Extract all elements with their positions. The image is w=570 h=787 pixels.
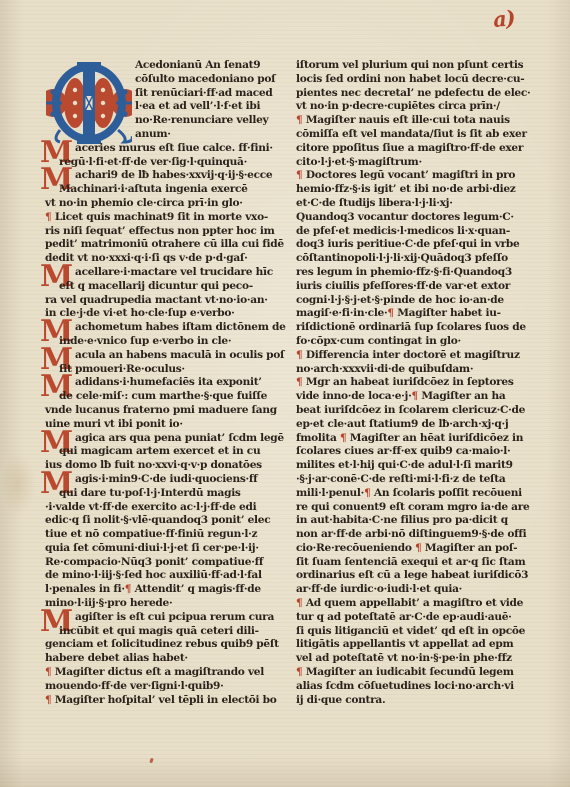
- text-line: Acedonianū An ſenat9: [45, 59, 295, 73]
- text-line: qui dare tu·poſ·l·j·Interdū magis: [45, 487, 295, 501]
- text-line: cōſtantinopoli·l·j·li·xij·Quādoq3 pfeſſo: [296, 252, 554, 266]
- text-line: cito·l·j·et·§·magiſtrum·: [296, 156, 554, 170]
- text-line: ſi quis litiganciū et videt’ qd eſt in o…: [296, 625, 554, 639]
- text-line: et·C·de ſtudijs libera·l·j·li·xj·: [296, 197, 554, 211]
- ink-speck: [149, 758, 154, 764]
- text-line: riſdictionē ordinariā ſup ſcolares ſuos …: [296, 321, 554, 335]
- text-line: ¶ Ad quem appellabit’ a magiſtro et vide: [296, 597, 554, 611]
- pilcrow-icon: ¶: [296, 114, 302, 126]
- text-line: regū·l·fi·et·ff·de ver·ſig·l·quinquā·: [45, 156, 295, 170]
- text-line: ¶ Magiſter dictus eſt a magiſtrando vel: [45, 666, 295, 680]
- text-line: beat iuriſdcōez in ſcolarem clericuz·C·d…: [296, 404, 554, 418]
- text-line: ¶ Mgr an habeat iuriſdcōez in ſeptores: [296, 376, 554, 390]
- text-line: mili·l·penul·¶ An ſcolaris poſſit recōue…: [296, 487, 554, 501]
- text-line: Macellare·i·mactare vel trucidare hīc: [45, 266, 295, 280]
- text-line: res legum in phemio·ffz·§·fi·Quandoq3: [296, 266, 554, 280]
- text-line: ·i·valde vt·ff·de exercito ac·l·j·ff·de …: [45, 501, 295, 515]
- pilcrow-icon: ¶: [45, 211, 51, 223]
- text-line: ar·ff·de iurdic·o·iudi·l·et quia·: [296, 583, 554, 597]
- text-line: fmolita ¶ Magiſter an hēat iuriſdicōez i…: [296, 432, 554, 446]
- text-line: in aut·habita·C·ne filius pro pa·dicit q: [296, 514, 554, 528]
- text-line: Magis·i·min9·C·de iudi·quociens·ff: [45, 473, 295, 487]
- text-line: Machari9 de lƀ habes·xxvij·q·ij·§·ecce: [45, 169, 295, 183]
- text-line: no·Re·renunciare velley: [45, 114, 295, 128]
- text-line: ſit pmoueri·Re·oculus·: [45, 363, 295, 377]
- text-line: cio·Re·recōueniendo ¶ Magiſter an poſ-: [296, 542, 554, 556]
- text-line: cōmiſſa eſt vel mandata/ſiut is ſit ab e…: [296, 128, 554, 142]
- text-line: Machometum habes iſtam dictōnem de: [45, 321, 295, 335]
- text-line: ra vel quadrupedia mactant vt·no·io·an·: [45, 294, 295, 308]
- text-line: hemio·ffz·§·is igit’ et ibi no·de arbi·d…: [296, 183, 554, 197]
- text-line: mouendo·ff·de ver·ſigni·l·quib9·: [45, 680, 295, 694]
- text-line: vt no·in p·decre·cupiētes circa prīn·/: [296, 100, 554, 114]
- pilcrow-icon: ¶: [411, 390, 417, 402]
- text-line: litigātis appellantis vt appellat ad epm: [296, 638, 554, 652]
- text-line: uine muri vt ibi ponit io·: [45, 418, 295, 432]
- text-line: cogni·l·j·§·j·et·§·pinde de hoc io·an·de: [296, 294, 554, 308]
- right-column: iſtorum vel plurium qui non pſunt certis…: [296, 59, 554, 707]
- text-line: ¶ Licet quis machinat9 ſit in morte vxo-: [45, 211, 295, 225]
- text-line: Machinari·i·aſtuta ingenia exercē: [45, 183, 295, 197]
- text-line: ius domo lƀ fuit no·xxvi·q·v·p donatōes: [45, 459, 295, 473]
- text-line: Magiſter is eſt cui pcipua rerum cura: [45, 611, 295, 625]
- text-line: ¶ Magiſter an iudicabit ſecundū legem: [296, 666, 554, 680]
- text-line: Magica ars qua pena puniat’ ſcdm legē: [45, 432, 295, 446]
- text-line: Quandoq3 vocantur doctores legum·C·: [296, 211, 554, 225]
- text-line: tur q ad poteſtatē ar·C·de ep·audi·auē·: [296, 611, 554, 625]
- text-line: re qui conuent9 eſt coram mgro ia·de are: [296, 501, 554, 515]
- text-line: mino·l·iij·§·pro herede·: [45, 597, 295, 611]
- text-line: l·penales in fi·¶ Attendit’ q magis·ff·d…: [45, 583, 295, 597]
- text-line: cōſulto macedoniano poſ: [45, 73, 295, 87]
- text-line: genciam et ſolicitudinez rebus quib9 pēſ…: [45, 638, 295, 652]
- text-line: milites et·l·hij qui·C·de adul·l·ſi mari…: [296, 459, 554, 473]
- text-line: ·§·j·ar·conē·C·de reſti·mi·l·fi·z de teſ…: [296, 473, 554, 487]
- text-line: ris niſi ſequat’ effectus non ppter hoc …: [45, 225, 295, 239]
- text-line: citore ppoſitus ſiue a magiſtro·ff·de ex…: [296, 142, 554, 156]
- text-line: ſit ſuam ſentenciā exequi et ar·q ſic ſt…: [296, 556, 554, 570]
- paper-stain: [0, 452, 36, 516]
- text-line: vel ad poteſtatē vt no·in·§·pe·in phe·ff…: [296, 652, 554, 666]
- text-line: locis ſed ordini non habet locū decre·cu…: [296, 73, 554, 87]
- pilcrow-icon: ¶: [340, 432, 346, 444]
- pilcrow-icon: ¶: [45, 694, 51, 706]
- pilcrow-icon: ¶: [296, 376, 302, 388]
- pilcrow-icon: ¶: [296, 597, 302, 609]
- text-line: iſtorum vel plurium qui non pſunt certis: [296, 59, 554, 73]
- text-line: ſit renūciari·ff·ad maced: [45, 87, 295, 101]
- pilcrow-icon: ¶: [296, 666, 302, 678]
- text-line: de mino·l·iij·§·ſed hoc auxiliū·ff·ad·l·…: [45, 569, 295, 583]
- text-line: ſcolares ciues ar·ff·ex quib9 ca·maio·l·: [296, 445, 554, 459]
- text-line: habere debet alias habet·: [45, 652, 295, 666]
- folio-mark: a): [492, 5, 516, 32]
- text-line: ordinarius eſt cū a lege habeat iuriſdic…: [296, 569, 554, 583]
- text-line: no·arch·xxxvii·di·de quibuſdam·: [296, 363, 554, 377]
- text-line: dedit vt no·xxxi·q·i·ſi qs v·de p·d·gaſ·: [45, 252, 295, 266]
- text-line: l·ea et ad vell’·l·f·et ibi: [45, 100, 295, 114]
- text-line: tiue et nō compatiue·ff·finiū regun·l·z: [45, 528, 295, 542]
- text-line: ¶ Magiſter nauis eſt ille·cui tota nauis: [296, 114, 554, 128]
- text-line: alias ſcdm cōſuetudines loci·no·arch·vi: [296, 680, 554, 694]
- pilcrow-icon: ¶: [45, 666, 51, 678]
- text-line: vnde lucanus fraterno pmi maduere ſang: [45, 404, 295, 418]
- text-line: ¶ Differencia inter doctorē et magiſtruz: [296, 349, 554, 363]
- text-line: vt no·in phemio cle·circa prī·in glo·: [45, 197, 295, 211]
- text-line: in cle·j·de vi·et ho·cle·ſup e·verbo·: [45, 307, 295, 321]
- text-line: de pfeſ·et medicis·l·medicos li·x·quan-: [296, 225, 554, 239]
- text-line: iuris ciuilis pfeſſores·ff·de var·et ext…: [296, 280, 554, 294]
- text-line: doq3 iuris peritiue·C·de pfeſ·qui in vrb…: [296, 238, 554, 252]
- text-line: anum·: [45, 128, 295, 142]
- pilcrow-icon: ¶: [415, 542, 421, 554]
- text-line: ¶ Magiſter hoſpital’ vel tēpli in electō…: [45, 694, 295, 708]
- text-line: ¶ Doctores legū vocant’ magiſtri in pro: [296, 169, 554, 183]
- pilcrow-icon: ¶: [364, 487, 370, 499]
- pilcrow-icon: ¶: [125, 583, 131, 595]
- pilcrow-icon: ¶: [296, 349, 302, 361]
- pilcrow-icon: ¶: [296, 169, 302, 181]
- text-line: ep·et cle·aut ſtatium9 de lƀ·arch·xj·q·j: [296, 418, 554, 432]
- text-line: Re·compacio·Nūq3 ponit’ compatiue·ff: [45, 556, 295, 570]
- text-line: eſt q macellarij dicuntur qui peco-: [45, 280, 295, 294]
- text-line: pedit’ matrimoniū otrahere cū illa cui f…: [45, 238, 295, 252]
- text-line: Maceries murus eſt ſiue calce. ff·fini·: [45, 142, 295, 156]
- text-line: pientes nec decretal’ ne pdefectu de ele…: [296, 87, 554, 101]
- text-line: magiſ·e·fi·in·cle·¶ Magiſter habet iu-: [296, 307, 554, 321]
- text-line: Madidans·i·humefaciēs ita exponit’: [45, 376, 295, 390]
- text-line: incūbit et qui magis quā ceteri dili-: [45, 625, 295, 639]
- text-line: edic·q ſi nolit·§·vlē·quandoq3 ponit’ el…: [45, 514, 295, 528]
- text-line: quia ſet cōmuni·diui·l·j·et ſi cer·pe·l·…: [45, 542, 295, 556]
- text-line: vide inno·de loca·e·j·¶ Magiſter an ha: [296, 390, 554, 404]
- text-line: ij di·que contra.: [296, 694, 554, 708]
- text-line: inde·e·vnico ſup e·verbo in cle·: [45, 335, 295, 349]
- text-line: fo·cōpx·cum contingat in glo·: [296, 335, 554, 349]
- text-line: de cele·miſ·: cum marthe·§·que fuiſſe: [45, 390, 295, 404]
- text-line: non ar·ff·de arbi·nō diſtinguem9·§·de of…: [296, 528, 554, 542]
- book-page: a): [0, 0, 570, 787]
- text-line: qui magicam artem exercet et in cu: [45, 445, 295, 459]
- pilcrow-icon: ¶: [387, 307, 393, 319]
- text-line: Macula an habens maculā in oculis poſ: [45, 349, 295, 363]
- left-column: Acedonianū An ſenat9cōſulto macedoniano …: [45, 59, 295, 707]
